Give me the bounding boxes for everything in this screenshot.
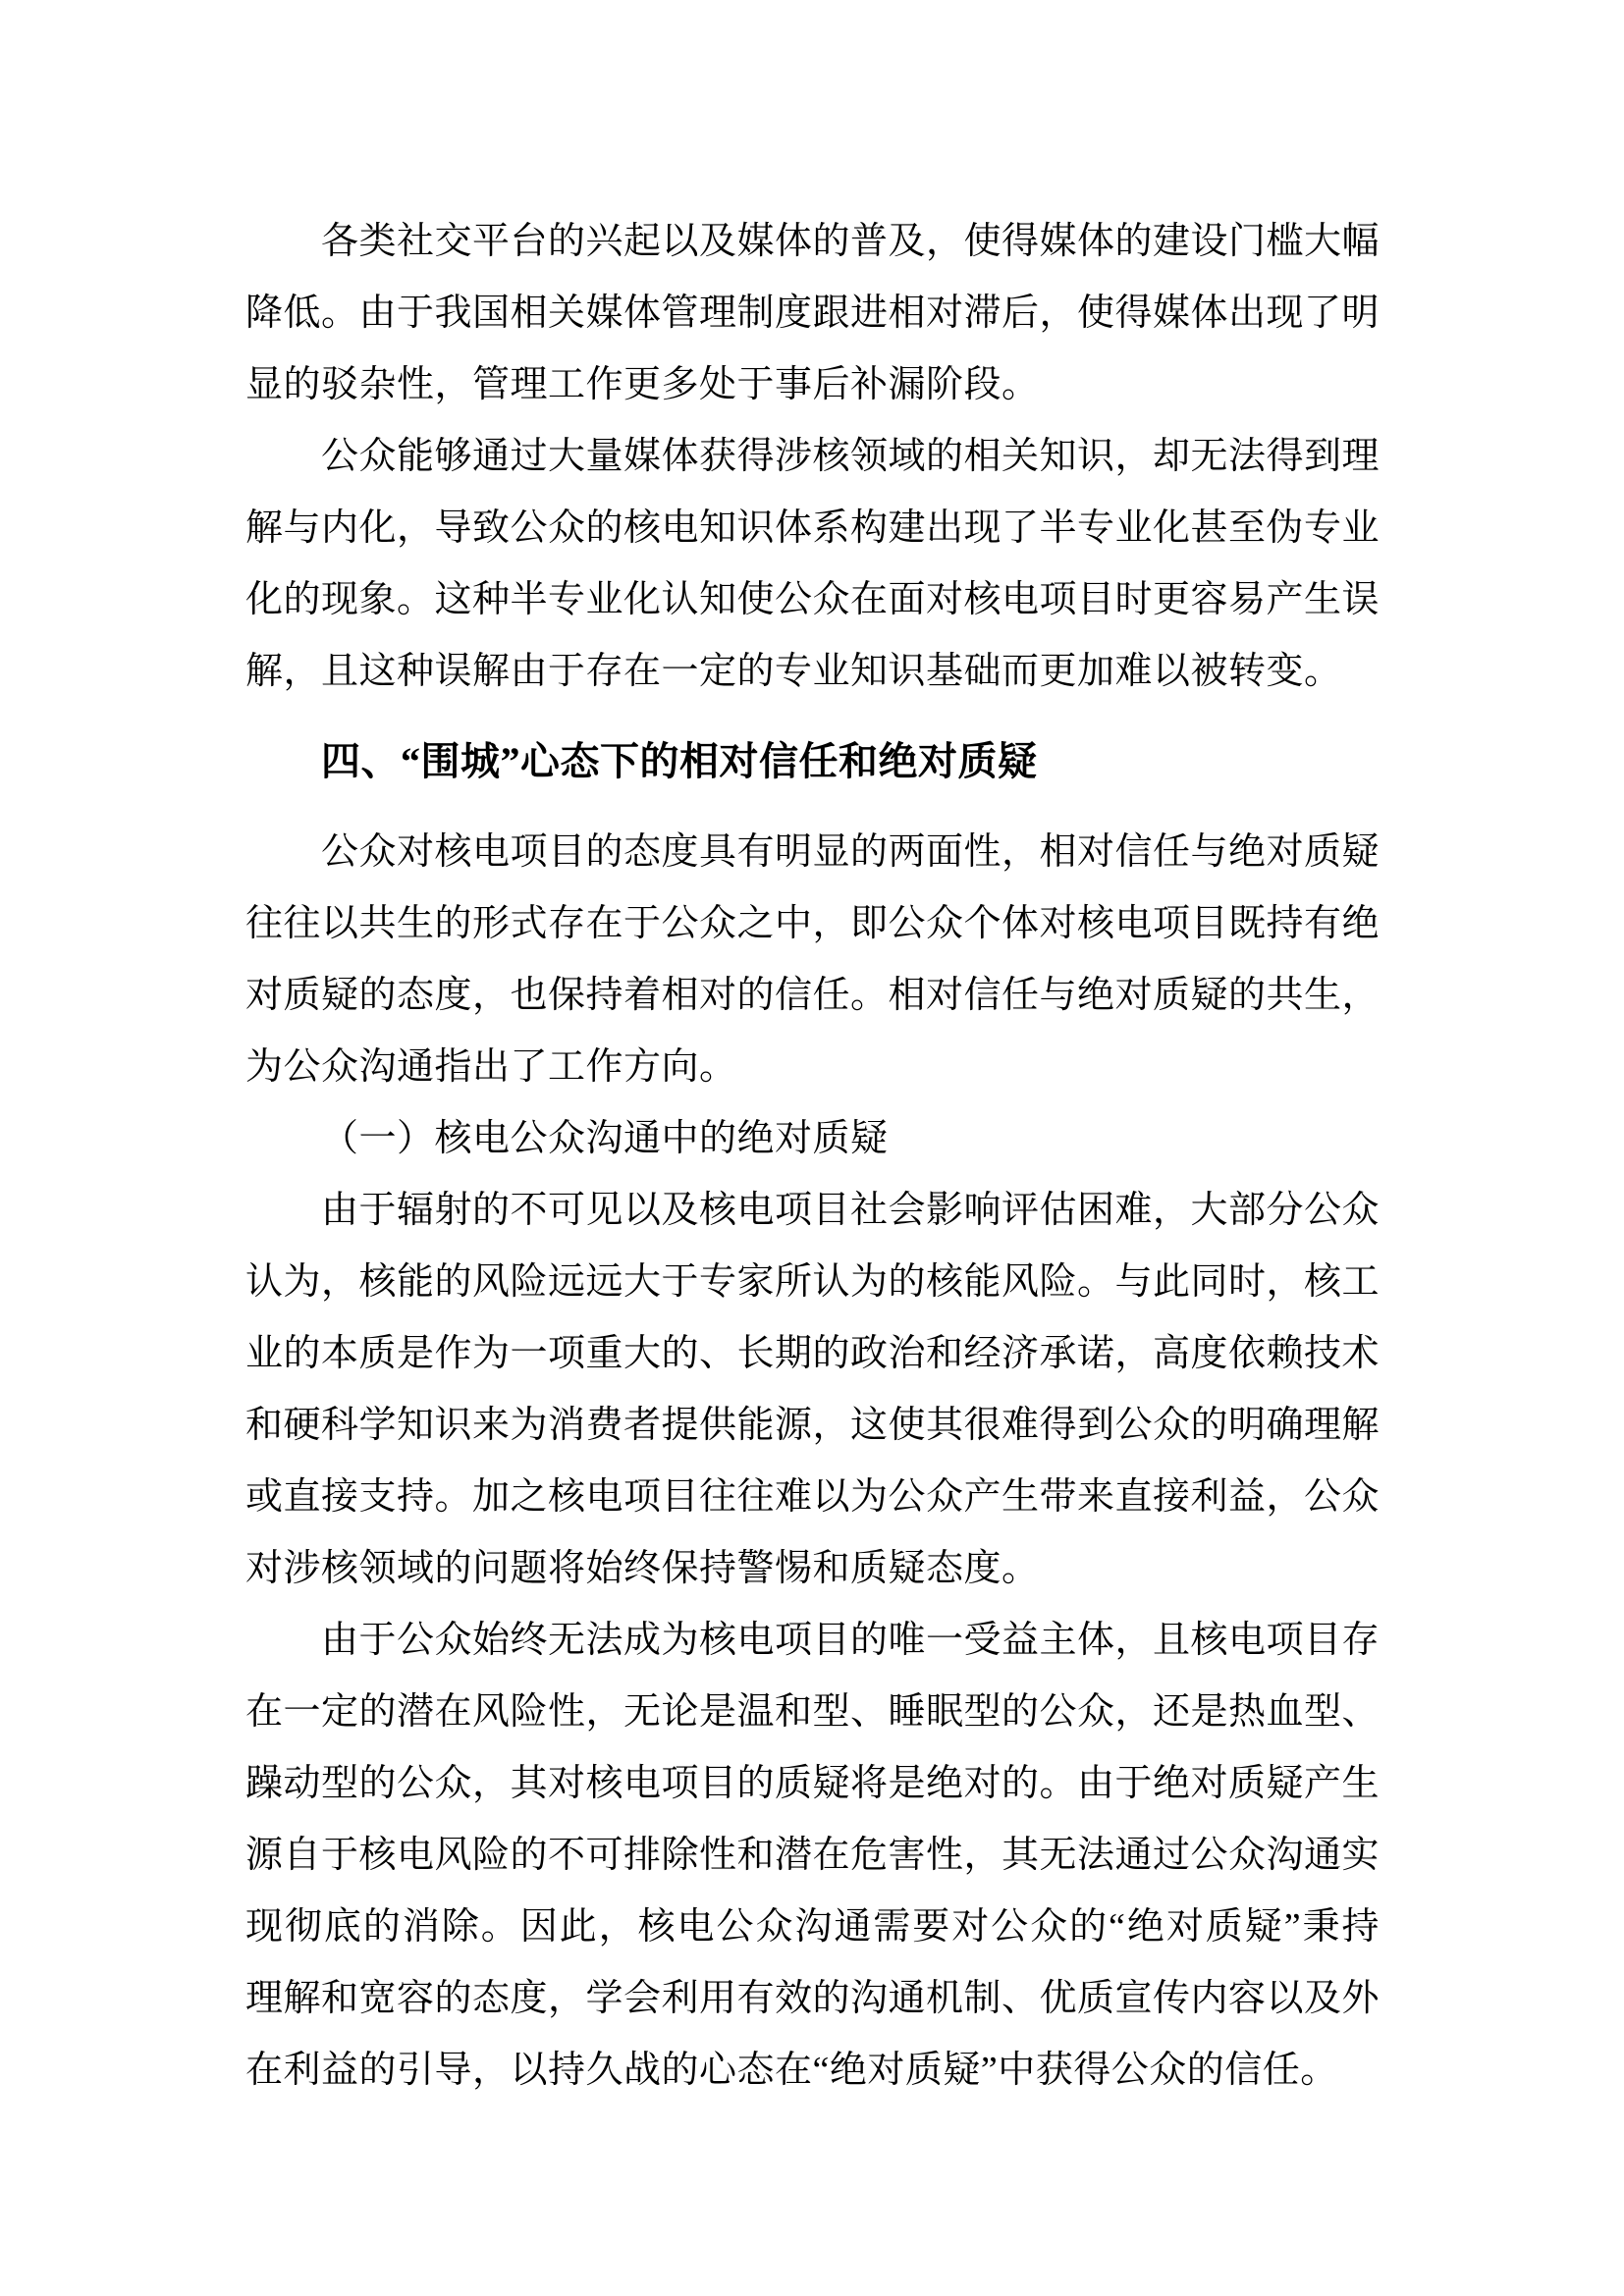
text-line: 化的现象。这种半专业化认知使公众在面对核电项目时更容易产生误 bbox=[245, 564, 1380, 636]
text-line: 认为，核能的风险远远大于专家所认为的核能风险。与此同时，核工 bbox=[245, 1247, 1380, 1318]
text-line: 各类社交平台的兴起以及媒体的普及，使得媒体的建设门槛大幅 bbox=[245, 206, 1380, 278]
section-heading: 四、“围城”心态下的相对信任和绝对质疑 bbox=[245, 725, 1380, 797]
text-line: 理解和宽容的态度，学会利用有效的沟通机制、优质宣传内容以及外 bbox=[245, 1963, 1380, 2035]
text-line: 源自于核电风险的不可排除性和潜在危害性，其无法通过公众沟通实 bbox=[245, 1820, 1380, 1892]
text-line: 由于公众始终无法成为核电项目的唯一受益主体，且核电项目存 bbox=[245, 1605, 1380, 1677]
text-line: 四、“围城”心态下的相对信任和绝对质疑 bbox=[245, 725, 1380, 797]
text-line: 解，且这种误解由于存在一定的专业知识基础而更加难以被转变。 bbox=[245, 636, 1380, 708]
text-line: 现彻底的消除。因此，核电公众沟通需要对公众的“绝对质疑”秉持 bbox=[245, 1892, 1380, 1963]
text-line: 显的驳杂性，管理工作更多处于事后补漏阶段。 bbox=[245, 349, 1380, 421]
document-body: 各类社交平台的兴起以及媒体的普及，使得媒体的建设门槛大幅降低。由于我国相关媒体管… bbox=[245, 206, 1380, 2107]
text-line: （一）核电公众沟通中的绝对质疑 bbox=[245, 1103, 1380, 1175]
text-line: 业的本质是作为一项重大的、长期的政治和经济承诺，高度依赖技术 bbox=[245, 1318, 1380, 1390]
paragraph: 由于公众始终无法成为核电项目的唯一受益主体，且核电项目存在一定的潜在风险性，无论… bbox=[245, 1605, 1380, 2107]
text-line: 往往以共生的形式存在于公众之中，即公众个体对核电项目既持有绝 bbox=[245, 888, 1380, 960]
text-line: 在利益的引导，以持久战的心态在“绝对质疑”中获得公众的信任。 bbox=[245, 2035, 1380, 2107]
text-line: 对涉核领域的问题将始终保持警惕和质疑态度。 bbox=[245, 1533, 1380, 1605]
paragraph: 公众对核电项目的态度具有明显的两面性，相对信任与绝对质疑往往以共生的形式存在于公… bbox=[245, 817, 1380, 1103]
text-line: 为公众沟通指出了工作方向。 bbox=[245, 1032, 1380, 1103]
text-line: 对质疑的态度，也保持着相对的信任。相对信任与绝对质疑的共生， bbox=[245, 960, 1380, 1032]
document-page: 各类社交平台的兴起以及媒体的普及，使得媒体的建设门槛大幅降低。由于我国相关媒体管… bbox=[0, 0, 1624, 2296]
text-line: 和硬科学知识来为消费者提供能源，这使其很难得到公众的明确理解 bbox=[245, 1390, 1380, 1462]
text-line: 由于辐射的不可见以及核电项目社会影响评估困难，大部分公众 bbox=[245, 1175, 1380, 1247]
text-line: 降低。由于我国相关媒体管理制度跟进相对滞后，使得媒体出现了明 bbox=[245, 278, 1380, 349]
paragraph: 各类社交平台的兴起以及媒体的普及，使得媒体的建设门槛大幅降低。由于我国相关媒体管… bbox=[245, 206, 1380, 421]
text-line: 公众对核电项目的态度具有明显的两面性，相对信任与绝对质疑 bbox=[245, 817, 1380, 888]
text-line: 在一定的潜在风险性，无论是温和型、睡眠型的公众，还是热血型、 bbox=[245, 1677, 1380, 1748]
text-line: 躁动型的公众，其对核电项目的质疑将是绝对的。由于绝对质疑产生 bbox=[245, 1748, 1380, 1820]
paragraph: 公众能够通过大量媒体获得涉核领域的相关知识，却无法得到理解与内化，导致公众的核电… bbox=[245, 421, 1380, 708]
text-line: 或直接支持。加之核电项目往往难以为公众产生带来直接利益，公众 bbox=[245, 1462, 1380, 1533]
text-line: 解与内化，导致公众的核电知识体系构建出现了半专业化甚至伪专业 bbox=[245, 493, 1380, 564]
paragraph: 由于辐射的不可见以及核电项目社会影响评估困难，大部分公众认为，核能的风险远远大于… bbox=[245, 1175, 1380, 1605]
text-line: 公众能够通过大量媒体获得涉核领域的相关知识，却无法得到理 bbox=[245, 421, 1380, 493]
subsection-heading: （一）核电公众沟通中的绝对质疑 bbox=[245, 1103, 1380, 1175]
